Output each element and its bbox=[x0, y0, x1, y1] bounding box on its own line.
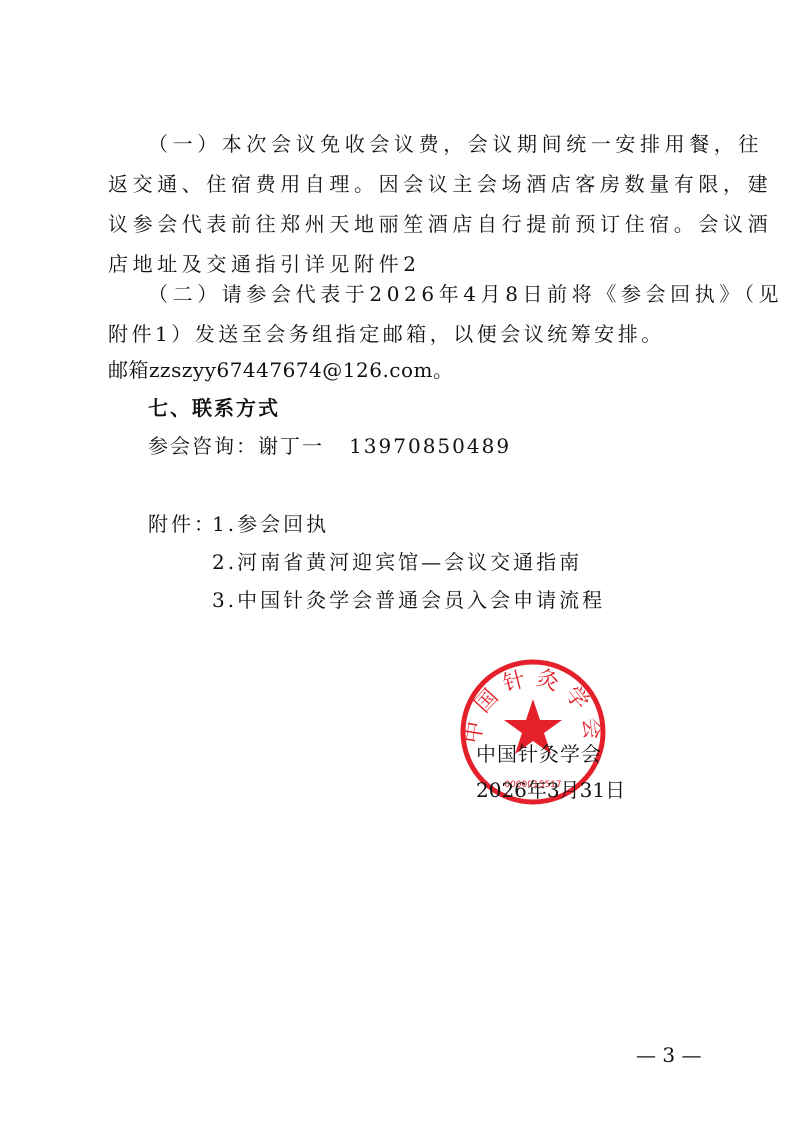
email-line: 邮箱zzszyy67447674@126.com。 bbox=[108, 358, 454, 382]
attachment-item: 1.参会回执 bbox=[212, 512, 329, 536]
paragraph-1-line-1: （一）本次会议免收会议费，会议期间统一安排用餐，往 bbox=[148, 132, 763, 156]
paragraph-2-line-1: （二）请参会代表于2026年4月8日前将《参会回执》（见 bbox=[148, 282, 783, 306]
signature-org: 中国针灸学会 bbox=[476, 742, 602, 766]
attachments-label: 附件： bbox=[148, 512, 217, 536]
paragraph-1-line-4: 店地址及交通指引详见附件2 bbox=[108, 252, 421, 276]
attachment-item: 3.中国针灸学会普通会员入会申请流程 bbox=[212, 588, 605, 612]
signature-date: 2026年3月31日 bbox=[476, 778, 625, 802]
paragraph-1-line-3: 议参会代表前往郑州天地丽笙酒店自行提前预订住宿。会议酒 bbox=[108, 212, 772, 236]
section-heading: 七、联系方式 bbox=[148, 396, 280, 420]
contact-line: 参会咨询：谢丁一 13970850489 bbox=[148, 434, 511, 458]
paragraph-2-line-2: 附件1）发送至会务组指定邮箱，以便会议统筹安排。 bbox=[108, 322, 665, 346]
attachment-item: 2.河南省黄河迎宾馆—会议交通指南 bbox=[212, 550, 582, 574]
page-number: — 3 — bbox=[636, 1043, 701, 1067]
paragraph-1-line-2: 返交通、住宿费用自理。因会议主会场酒店客房数量有限，建 bbox=[108, 172, 772, 196]
